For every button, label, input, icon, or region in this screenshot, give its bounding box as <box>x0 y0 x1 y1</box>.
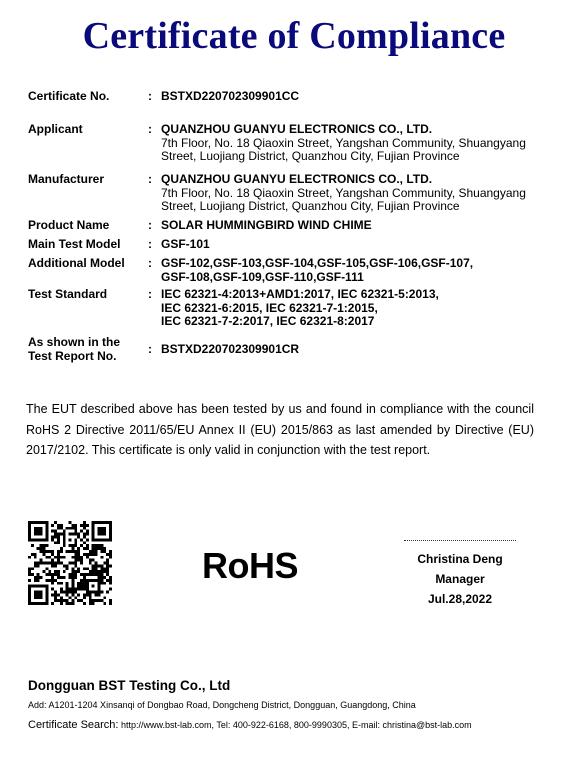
product-name: SOLAR HUMMINGBIRD WIND CHIME <box>161 219 561 233</box>
issuer-address: Add: A1201-1204 Xinsanqi of Dongbao Road… <box>28 700 416 710</box>
manufacturer-value: QUANZHOU GUANYU ELECTRONICS CO., LTD. 7t… <box>161 173 561 214</box>
field-colon: : <box>148 257 152 271</box>
applicant-address-1: 7th Floor, No. 18 Qiaoxin Street, Yangsh… <box>161 137 561 151</box>
additional-models-line-1: GSF-102,GSF-103,GSF-104,GSF-105,GSF-106,… <box>161 257 561 271</box>
additional-models: GSF-102,GSF-103,GSF-104,GSF-105,GSF-106,… <box>161 257 561 284</box>
certificate-search: Certificate Search: http://www.bst-lab.c… <box>28 719 472 731</box>
field-label: Manufacturer <box>28 173 138 187</box>
rohs-mark: RoHS <box>202 545 298 587</box>
test-standard-line-2: IEC 62321-6:2015, IEC 62321-7-1:2015, <box>161 302 561 316</box>
signature-block: Christina Deng Manager Jul.28,2022 <box>404 540 516 603</box>
field-colon: : <box>148 173 152 187</box>
field-label: Test Standard <box>28 288 138 302</box>
test-standard-line-3: IEC 62321-7-2:2017, IEC 62321-8:2017 <box>161 315 561 329</box>
main-test-model: GSF-101 <box>161 238 561 252</box>
field-label: Main Test Model <box>28 238 138 252</box>
field-colon: : <box>148 90 152 104</box>
signatory-name: Christina Deng <box>404 555 516 563</box>
certificate-date: Jul.28,2022 <box>404 595 516 603</box>
field-label: Product Name <box>28 219 138 233</box>
signature-line <box>404 540 516 541</box>
field-label: As shown in the Test Report No. <box>28 336 138 363</box>
manufacturer-address-2: Street, Luojiang District, Quanzhou City… <box>161 200 561 214</box>
additional-models-line-2: GSF-108,GSF-109,GSF-110,GSF-111 <box>161 271 561 285</box>
field-colon: : <box>148 343 152 357</box>
applicant-value: QUANZHOU GUANYU ELECTRONICS CO., LTD. 7t… <box>161 123 561 164</box>
applicant-address-2: Street, Luojiang District, Quanzhou City… <box>161 150 561 164</box>
manufacturer-address-1: 7th Floor, No. 18 Qiaoxin Street, Yangsh… <box>161 187 561 201</box>
compliance-statement: The EUT described above has been tested … <box>26 399 534 461</box>
field-label: Certificate No. <box>28 90 138 104</box>
test-standards: IEC 62321-4:2013+AMD1:2017, IEC 62321-5:… <box>161 288 561 329</box>
field-label-line-1: As shown in the <box>28 336 138 350</box>
signatory-title: Manager <box>404 575 516 583</box>
manufacturer-company: QUANZHOU GUANYU ELECTRONICS CO., LTD. <box>161 173 561 187</box>
field-colon: : <box>148 123 152 137</box>
qr-code[interactable] <box>28 521 112 605</box>
test-standard-line-1: IEC 62321-4:2013+AMD1:2017, IEC 62321-5:… <box>161 288 561 302</box>
field-label-line-2: Test Report No. <box>28 350 138 364</box>
issuer-contact[interactable]: http://www.bst-lab.com, Tel: 400-922-616… <box>118 720 471 730</box>
field-label: Applicant <box>28 123 138 137</box>
certificate-search-label: Certificate Search: <box>28 719 118 731</box>
test-report-number: BSTXD220702309901CR <box>161 343 561 357</box>
field-colon: : <box>148 238 152 252</box>
field-colon: : <box>148 219 152 233</box>
issuer-company: Dongguan BST Testing Co., Ltd <box>28 678 230 693</box>
certificate-title: Certificate of Compliance <box>0 14 588 58</box>
certificate-number: BSTXD220702309901CC <box>161 90 561 104</box>
applicant-company: QUANZHOU GUANYU ELECTRONICS CO., LTD. <box>161 123 561 137</box>
field-label: Additional Model <box>28 257 138 271</box>
field-colon: : <box>148 288 152 302</box>
